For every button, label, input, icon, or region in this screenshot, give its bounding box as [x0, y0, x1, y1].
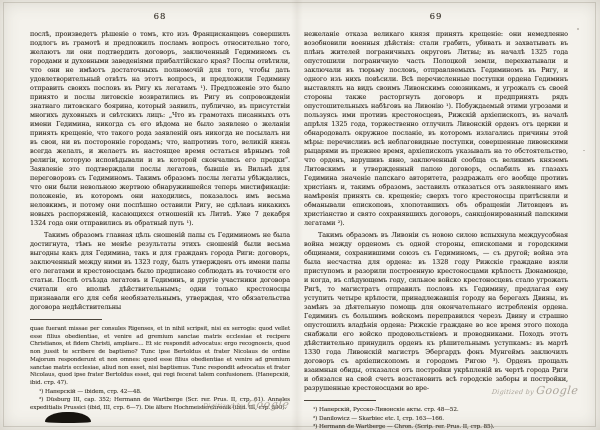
scan-speck	[583, 150, 585, 151]
paragraph: Такимъ образомъ главная цѣль сношеній па…	[30, 231, 290, 312]
footnote-item: ²) Danilowicz — Skarbiec etc. I, стр. 16…	[304, 416, 568, 424]
right-page-footnotes: ¹) Наперскій, Русско-Ливонскіе акты. стр…	[304, 407, 568, 430]
right-page: 69 нежеланіе отказа великаго князя приня…	[304, 12, 568, 430]
footnote-separator-rule	[304, 400, 376, 401]
left-page: 68 послѣ, произведетъ рѣшеніе о томъ, кт…	[30, 12, 290, 413]
right-page-body: нежеланіе отказа великаго князя принять …	[304, 30, 568, 393]
footnote-item: ¹) Наперскій — ibidem, стр. 42—48.	[30, 389, 290, 397]
footnote-item: ³) Hermann de Wartberge — Chron. (Scrip.…	[304, 424, 568, 430]
google-watermark: Digitized by Google	[202, 398, 290, 411]
scan-artifact-blob	[45, 412, 91, 423]
right-page-number: 69	[304, 12, 568, 22]
watermark-brand: Google	[247, 398, 290, 411]
paragraph: послѣ, произведетъ рѣшеніе о томъ, кто и…	[30, 30, 290, 228]
paragraph: нежеланіе отказа великаго князя принять …	[304, 30, 568, 228]
watermark-prefix: Digitized by	[491, 388, 536, 396]
page-gutter-shadow	[291, 0, 303, 430]
watermark-brand: Google	[536, 384, 579, 397]
left-page-number: 68	[30, 12, 290, 22]
footnote-item: ¹) Наперскій, Русско-Ливонскіе акты. стр…	[304, 407, 568, 415]
google-watermark: Digitized by Google	[491, 384, 579, 397]
scan-speck	[577, 28, 579, 30]
watermark-prefix: Digitized by	[202, 402, 247, 410]
scan-speck	[555, 372, 558, 373]
left-page-body: послѣ, произведетъ рѣшеніе о томъ, кто и…	[30, 30, 290, 312]
footnote-item: quae fuerant missae per consules Rigense…	[30, 326, 290, 388]
footnote-separator-rule	[30, 319, 102, 320]
book-spread-scan: 68 послѣ, произведетъ рѣшеніе о томъ, кт…	[0, 0, 600, 430]
paragraph: Такимъ образомъ въ Ливоніи съ новою сило…	[304, 231, 568, 393]
